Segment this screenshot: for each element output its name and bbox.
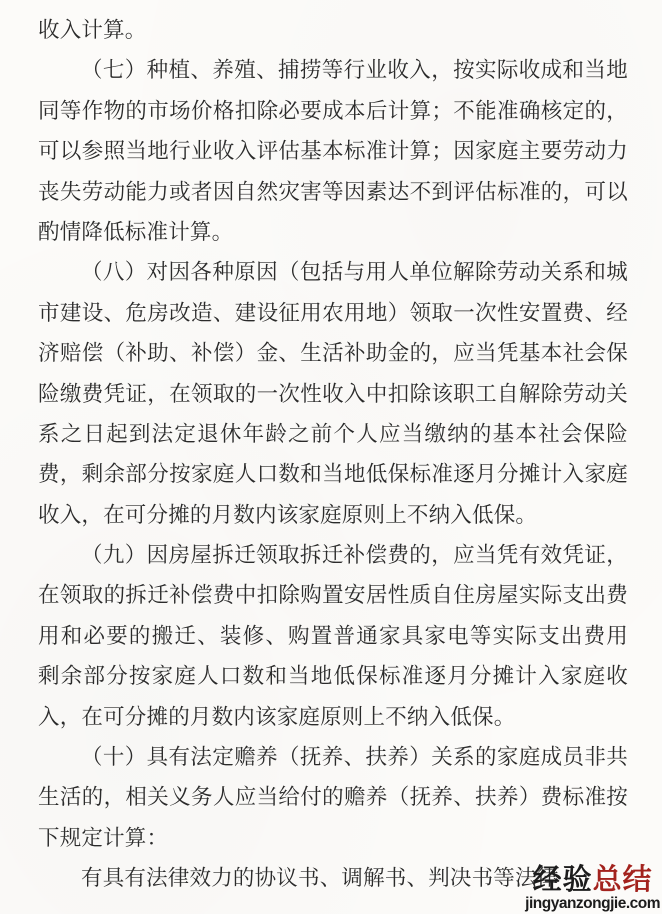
text-line: （九）因房屋拆迁领取拆迁补偿费的，应当凭有效凭证， [38,535,628,575]
text-line: 济赔偿（补助、补偿）金、生活补助金的，应当凭基本社会保 [38,333,628,373]
document-text: 收入计算。（七）种植、养殖、捕捞等行业收入，按实际收成和当地同等作物的市场价格扣… [38,10,628,899]
document-page: 收入计算。（七）种植、养殖、捕捞等行业收入，按实际收成和当地同等作物的市场价格扣… [0,0,662,914]
text-line: 系之日起到法定退休年龄之前个人应当缴纳的基本社会保险 [38,414,628,454]
text-line: （八）对因各种原因（包括与用人单位解除劳动关系和城 [38,252,628,292]
watermark-brand-red: 总结 [593,864,653,896]
text-line: 剩余部分按家庭人口数和当地低保标准逐月分摊计入家庭收 [38,656,628,696]
text-line: （十）具有法定赡养（抚养、扶养）关系的家庭成员非共同 [38,737,628,777]
text-line: 用和必要的搬迁、装修、购置普通家具家电等实际支出费用后， [38,616,628,656]
text-line: 可以参照当地行业收入评估基本标准计算；因家庭主要劳动力 [38,131,628,171]
text-line: 在领取的拆迁补偿费中扣除购置安居性质自住房屋实际支出费 [38,575,628,615]
text-line: 收入，在可分摊的月数内该家庭原则上不纳入低保。 [38,495,628,535]
watermark: 经验总结 jingyanzongjie.com [525,866,660,912]
text-line: 收入计算。 [38,10,628,50]
watermark-url: jingyanzongjie.com [525,896,660,912]
text-line: 下规定计算： [38,818,628,858]
watermark-brand: 经验总结 [525,866,660,895]
watermark-brand-black: 经验 [533,864,593,896]
text-line: 入，在可分摊的月数内该家庭原则上不纳入低保。 [38,697,628,737]
text-line: 险缴费凭证，在领取的一次性收入中扣除该职工自解除劳动关 [38,374,628,414]
text-line: 丧失劳动能力或者因自然灾害等因素达不到评估标准的，可以 [38,172,628,212]
text-line: 生活的，相关义务人应当给付的赡养（抚养、扶养）费标准按以 [38,777,628,817]
text-line: 市建设、危房改造、建设征用农用地）领取一次性安置费、经 [38,293,628,333]
text-line: 费，剩余部分按家庭人口数和当地低保标准逐月分摊计入家庭 [38,454,628,494]
text-line: 同等作物的市场价格扣除必要成本后计算；不能准确核定的， [38,91,628,131]
text-line: （七）种植、养殖、捕捞等行业收入，按实际收成和当地 [38,50,628,90]
text-line: 酌情降低标准计算。 [38,212,628,252]
